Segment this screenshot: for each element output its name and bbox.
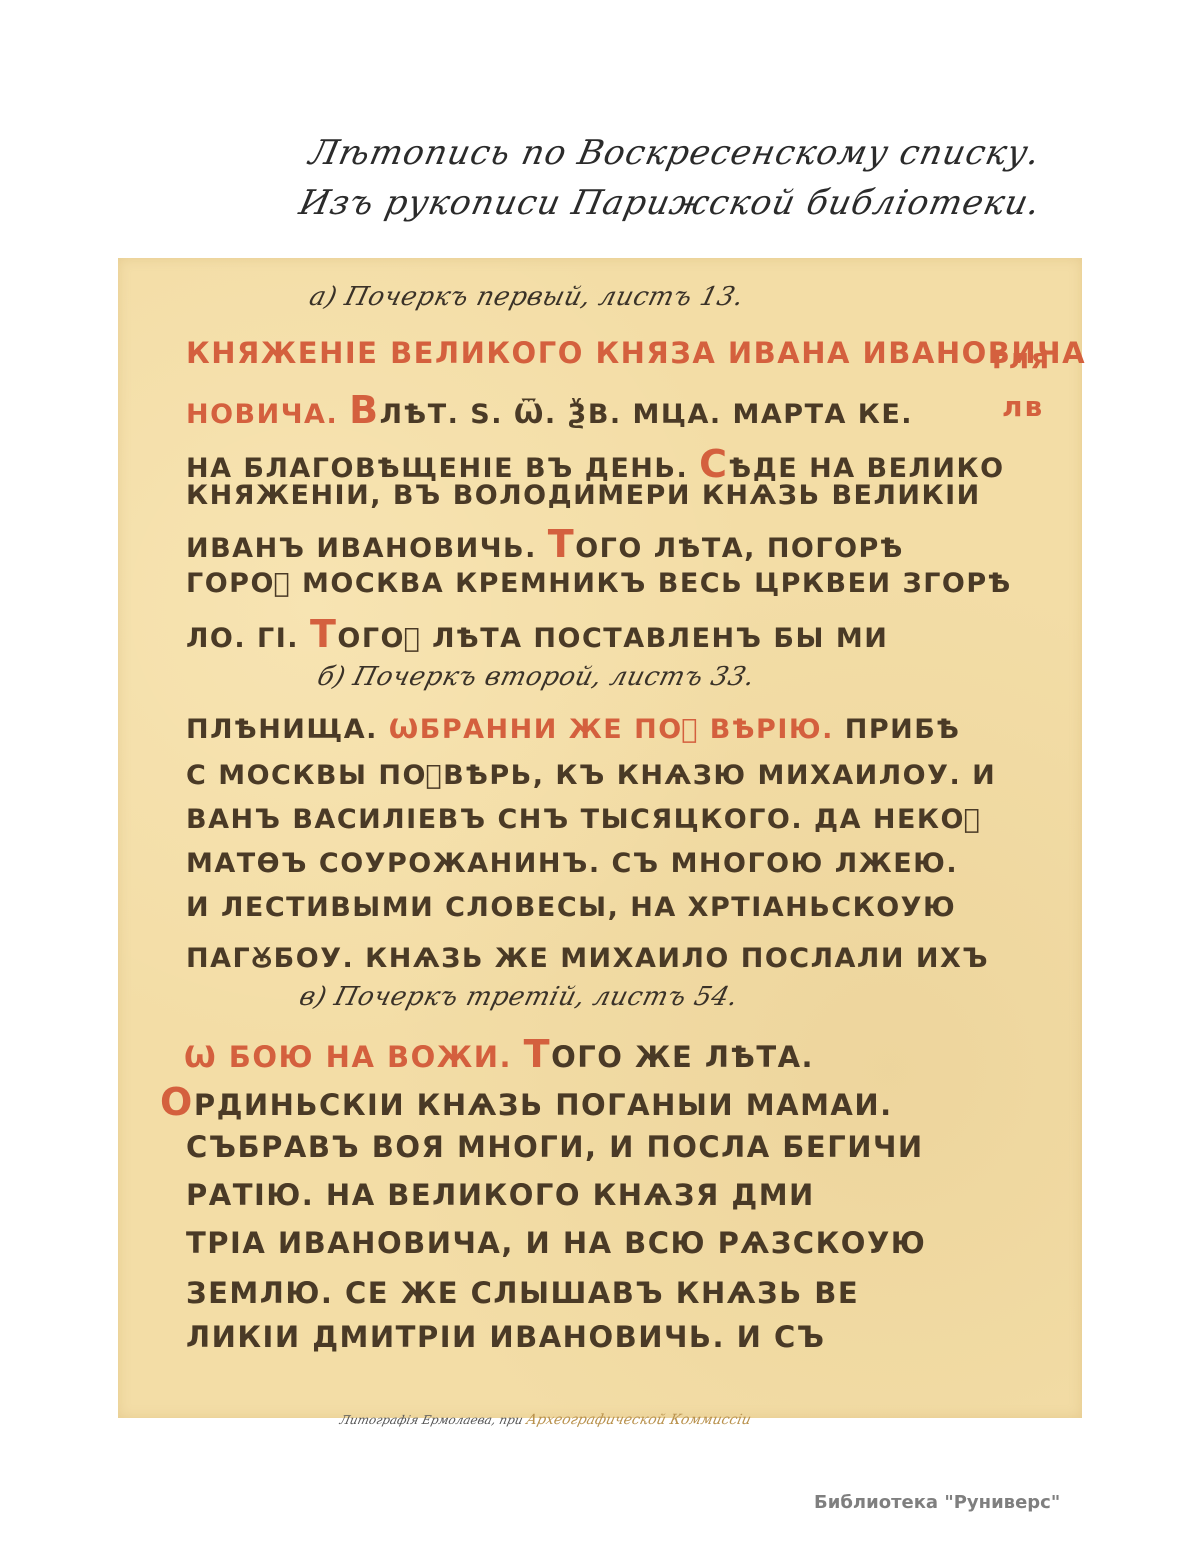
section-heading-a: а) Почеркъ первый, листъ 13.: [306, 282, 747, 312]
manuscript-line: плѣнища. ѡбранни же поⷣ вѣрію. прибѣ: [186, 714, 961, 745]
ink-text: огоⷤ лѣта поставленъ бы ми: [337, 623, 888, 654]
ink-text: рдиньскіи кнѧзь поганыи мамаи.: [194, 1088, 893, 1122]
manuscript-line: тріа ивановича, и на всю рѧзскоую: [186, 1226, 926, 1260]
ink-text: ло. гі.: [186, 623, 299, 654]
ink-text: княженіи, въ володимери кнѧзь великіи: [186, 480, 981, 511]
manuscript-line: княженіе великого княза ивана ивановича: [186, 336, 1086, 370]
red-initial: Т: [524, 1032, 551, 1076]
title-line-2: Изъ рукописи Парижской библіотеки.: [295, 178, 976, 228]
lithography-imprint: Литографія Ермолаева, при Археографическ…: [338, 1412, 752, 1428]
ink-text: землю. се же слышавъ кнѧзь ве: [186, 1276, 859, 1310]
manuscript-line: ло. гі. Тогоⷤ лѣта поставленъ бы ми: [186, 612, 888, 656]
imprint-text: Литографія Ермолаева, при: [339, 1413, 525, 1427]
manuscript-line: матѳъ соурожанинъ. съ многою лжею.: [186, 848, 958, 879]
ink-text: ликіи дмитріи ивановичь. и съ: [186, 1320, 826, 1354]
ink-text: ратію. на великого кнѧзя дми: [186, 1178, 815, 1212]
margin-note-line-1: гля: [992, 342, 1051, 375]
manuscript-line: пагꙋбоу. кнѧзь же михаило послали ихъ: [186, 938, 989, 975]
section-heading-b: б) Почеркъ второй, листъ 33.: [314, 662, 758, 692]
ink-text: лѣт. ѕ. ѿ. ѯв. мца. марта ке.: [380, 399, 913, 430]
rubric-text: княженіе великого княза ивана ивановича: [186, 336, 1086, 370]
library-credit: Библиотека "Руниверс": [814, 1492, 1060, 1513]
ink-text: ванъ василіевъ снъ тысяцкого. да некоⷣ: [186, 804, 981, 835]
ink-text: пагꙋбоу. кнѧзь же михаило послали ихъ: [186, 943, 989, 974]
ink-text: иванъ ивановичь.: [186, 533, 537, 564]
rubric-text: новича.: [186, 399, 338, 430]
manuscript-line: ратію. на великого кнѧзя дми: [186, 1178, 815, 1212]
ink-text: плѣнища.: [186, 714, 378, 745]
title-line-1: Лѣтопись по Воскресенскому списку.: [305, 128, 976, 178]
manuscript-line: землю. се же слышавъ кнѧзь ве: [186, 1276, 859, 1310]
margin-note-line-2: лв: [1002, 390, 1044, 423]
section-heading-c: в) Почеркъ третій, листъ 54.: [296, 982, 741, 1012]
page-title: Лѣтопись по Воскресенскому списку. Изъ р…: [290, 128, 970, 228]
red-initial: В: [349, 388, 379, 432]
ink-text: ого же лѣта.: [551, 1040, 814, 1074]
imprint-commission: Археографической Коммиссіи: [525, 1412, 753, 1428]
ink-text: матѳъ соурожанинъ. съ многою лжею.: [186, 848, 958, 879]
rubric-text: ѡ бою на вожи.: [184, 1040, 512, 1074]
manuscript-line: ликіи дмитріи ивановичь. и съ: [186, 1320, 826, 1354]
ink-text: прибѣ: [845, 714, 961, 745]
manuscript-line: събравъ воя многи, и посла бегичи: [186, 1130, 924, 1164]
ink-text: ого лѣта, погорѣ: [575, 533, 904, 564]
ink-text: с москвы поⷣвѣрь, къ кнѧзю михаилоу. и: [186, 760, 996, 791]
manuscript-line: иванъ ивановичь. Того лѣта, погорѣ: [186, 522, 904, 566]
manuscript-line: Ординьскіи кнѧзь поганыи мамаи.: [160, 1080, 893, 1124]
manuscript-line: ѡ бою на вожи. Того же лѣта.: [184, 1032, 814, 1076]
red-initial: О: [160, 1080, 194, 1124]
manuscript-line: новича. Влѣт. ѕ. ѿ. ѯв. мца. марта ке.: [186, 388, 913, 432]
manuscript-line: ванъ василіевъ снъ тысяцкого. да некоⷣ: [186, 804, 981, 835]
red-initial: Т: [310, 612, 337, 656]
red-initial: Т: [548, 522, 575, 566]
manuscript-line: и лестивыми словесы, на хртіаньскоую: [186, 892, 956, 923]
ink-text: гороⷣ москва кремникъ весь црквеи згорѣ: [186, 568, 1012, 599]
rubric-text: ѡбранни же поⷣ вѣрію.: [389, 714, 834, 745]
manuscript-line: гороⷣ москва кремникъ весь црквеи згорѣ: [186, 568, 1012, 599]
ink-text: и лестивыми словесы, на хртіаньскоую: [186, 892, 956, 923]
ink-text: събравъ воя многи, и посла бегичи: [186, 1130, 924, 1164]
manuscript-line: с москвы поⷣвѣрь, къ кнѧзю михаилоу. и: [186, 760, 996, 791]
ink-text: тріа ивановича, и на всю рѧзскоую: [186, 1226, 926, 1260]
manuscript-line: княженіи, въ володимери кнѧзь великіи: [186, 480, 981, 511]
